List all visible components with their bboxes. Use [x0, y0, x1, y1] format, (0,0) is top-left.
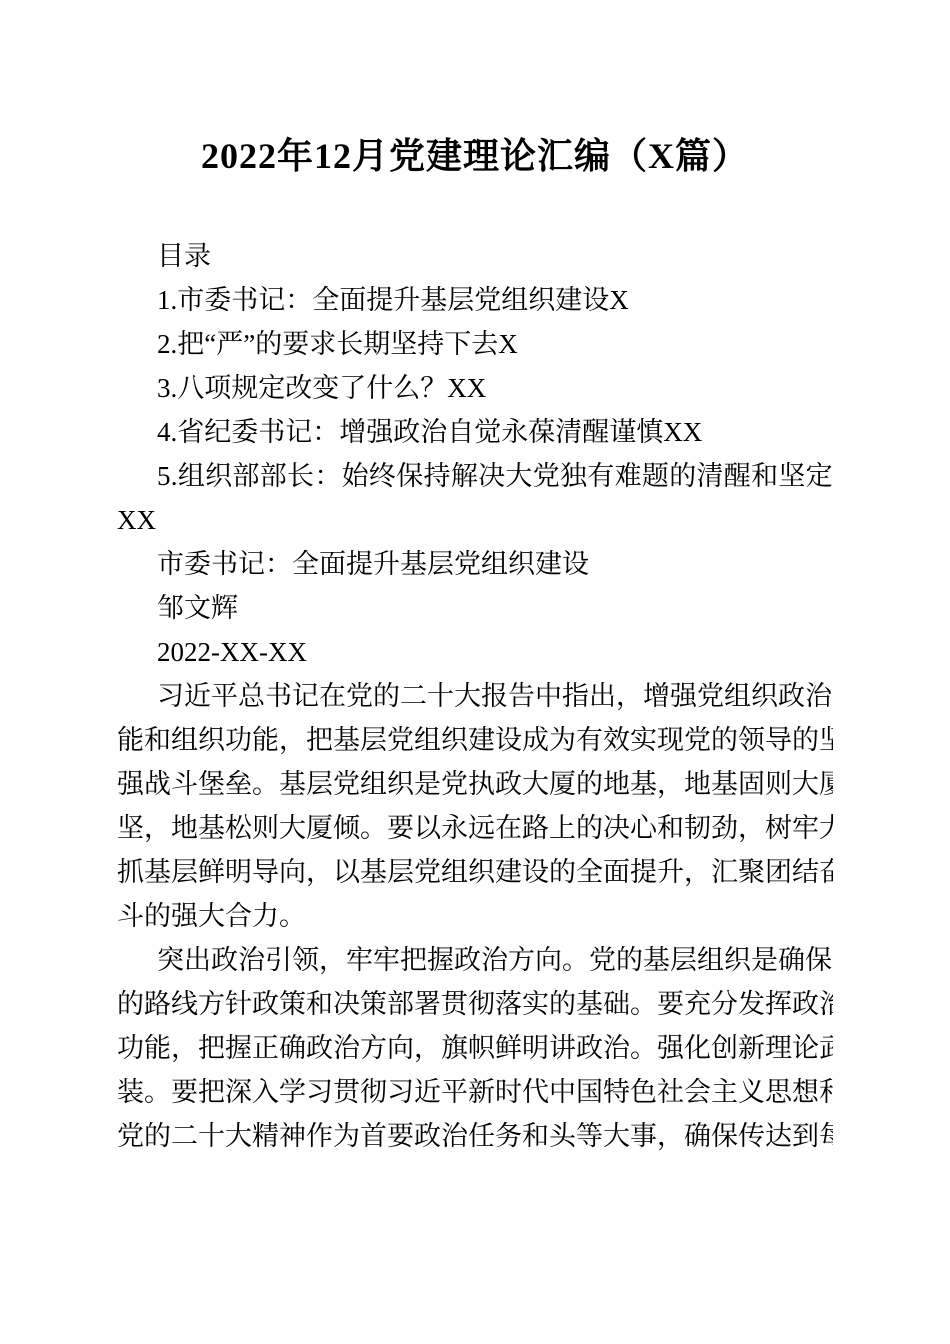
doc-char: 能	[144, 1026, 171, 1070]
doc-char: 把	[198, 1070, 225, 1114]
doc-char: 发	[738, 982, 765, 1026]
doc-char: 松	[225, 806, 252, 850]
doc-char: 十	[427, 674, 454, 718]
doc-char: 明	[225, 850, 252, 894]
doc-char: 出	[589, 674, 616, 718]
toc-heading: 目录	[117, 234, 833, 278]
doc-char: 首	[360, 1114, 387, 1158]
doc-char: 建	[468, 718, 495, 762]
doc-char: 全	[576, 850, 603, 894]
doc-char: 设	[522, 850, 549, 894]
toc-item-1: 1.市委书记：全面提升基层党组织建设X	[117, 278, 833, 322]
doc-char: 社	[657, 1070, 684, 1114]
doc-char: 报	[481, 674, 508, 718]
doc-char: 达	[765, 1114, 792, 1158]
doc-char: 组	[441, 850, 468, 894]
doc-char: 是	[751, 938, 778, 982]
doc-char: 部	[387, 982, 414, 1026]
doc-char: 书	[265, 674, 292, 718]
doc-char: 特	[603, 1070, 630, 1114]
doc-char: 政	[576, 1026, 603, 1070]
doc-char: 要	[387, 806, 414, 850]
doc-char: 习	[306, 1070, 333, 1114]
doc-char: 功	[225, 718, 252, 762]
doc-char: 中	[535, 674, 562, 718]
doc-char: 学	[279, 1070, 306, 1114]
doc-char: 解	[451, 454, 478, 498]
doc-char: 务	[495, 1114, 522, 1158]
doc-char: 挥	[765, 982, 792, 1026]
toc-item-3: 3.八项规定改变了什么？XX	[117, 366, 833, 410]
doc-char: 厦	[819, 762, 833, 806]
doc-char: 为	[333, 1114, 360, 1158]
doc-char: 永	[441, 806, 468, 850]
doc-char: 强	[117, 762, 144, 806]
doc-char: 鲜	[495, 1026, 522, 1070]
doc-char: 5	[157, 454, 171, 498]
doc-char: 正	[252, 1026, 279, 1070]
doc-char: 治	[238, 938, 265, 982]
doc-char: 线	[171, 982, 198, 1026]
doc-char: 充	[684, 982, 711, 1026]
toc-item-5: 5.组织部部长：始终保持解决大党独有难题的清醒和坚定	[117, 454, 833, 498]
doc-char: 每	[819, 1114, 833, 1158]
toc-item-2: 2.把“严”的要求长期坚持下去X	[117, 322, 833, 366]
doc-char: 国	[576, 1070, 603, 1114]
body-line: 党的二十大精神作为首要政治任务和头等大事，确保传达到每	[117, 1114, 833, 1158]
doc-char: 基	[711, 762, 738, 806]
doc-char: 时	[495, 1070, 522, 1114]
doc-char: 有	[587, 454, 614, 498]
doc-char: 大	[225, 1114, 252, 1158]
doc-char: 坚	[778, 454, 805, 498]
doc-char: 党	[346, 674, 373, 718]
doc-char: 明	[522, 1026, 549, 1070]
doc-char: 彻	[468, 982, 495, 1026]
doc-char: 垒	[225, 762, 252, 806]
doc-char: 为	[549, 718, 576, 762]
doc-char: 贯	[333, 1070, 360, 1114]
doc-char: 层	[360, 718, 387, 762]
body-line: 装。要把深入学习贯彻习近平新时代中国特色社会主义思想和	[117, 1070, 833, 1114]
doc-char: 平	[441, 1070, 468, 1114]
doc-char: 韧	[684, 806, 711, 850]
doc-char: 部	[260, 454, 287, 498]
doc-char: 地	[603, 762, 630, 806]
doc-char: 长	[287, 454, 314, 498]
doc-char: .	[171, 454, 178, 498]
doc-char: 。	[144, 1070, 171, 1114]
doc-char: 心	[630, 806, 657, 850]
doc-char: 组	[178, 454, 205, 498]
article-date: 2022-XX-XX	[117, 630, 833, 674]
doc-char: 政	[495, 762, 522, 806]
doc-char: 导	[252, 850, 279, 894]
doc-char: 记	[292, 674, 319, 718]
doc-char: 基	[576, 982, 603, 1026]
doc-char: 织	[724, 938, 751, 982]
doc-char: 的	[576, 762, 603, 806]
document-title: 2022年12月党建理论汇编（X篇）	[117, 134, 833, 178]
doc-char: 到	[792, 1114, 819, 1158]
doc-char: 大	[279, 806, 306, 850]
doc-char: 义	[738, 1070, 765, 1114]
doc-char: 能	[117, 718, 144, 762]
doc-char: 织	[198, 718, 225, 762]
doc-char: 醒	[724, 454, 751, 498]
doc-char: 设	[495, 718, 522, 762]
doc-char: 题	[642, 454, 669, 498]
doc-char: 牢	[373, 938, 400, 982]
doc-char: 署	[414, 982, 441, 1026]
doc-char: 堡	[198, 762, 225, 806]
doc-char: 向	[535, 938, 562, 982]
doc-char: ，	[414, 1026, 441, 1070]
toc-item-4: 4.省纪委书记：增强政治自觉永葆清醒谨慎XX	[117, 410, 833, 454]
doc-char: ，	[616, 674, 643, 718]
doc-char: 强	[657, 1026, 684, 1070]
doc-char: 牢	[792, 806, 819, 850]
doc-char: 突	[157, 938, 184, 982]
doc-char: 党	[441, 762, 468, 806]
doc-char: 实	[522, 982, 549, 1026]
doc-char: 创	[711, 1026, 738, 1070]
doc-char: 针	[225, 982, 252, 1026]
doc-char: 。	[562, 938, 589, 982]
doc-char: 织	[468, 850, 495, 894]
doc-char: 的	[616, 938, 643, 982]
doc-char: 政	[778, 674, 805, 718]
doc-char: 治	[333, 1026, 360, 1070]
doc-char: 固	[738, 762, 765, 806]
doc-char: ，	[657, 762, 684, 806]
doc-char: 确	[279, 1026, 306, 1070]
doc-char: 基	[643, 938, 670, 982]
doc-char: 政	[792, 982, 819, 1026]
doc-char: 的	[576, 806, 603, 850]
doc-char: 党	[832, 938, 833, 982]
doc-char: ，	[657, 1114, 684, 1158]
doc-char: 有	[576, 718, 603, 762]
doc-char: 大	[522, 762, 549, 806]
doc-char: 会	[684, 1070, 711, 1114]
doc-char: 定	[806, 454, 833, 498]
doc-char: 的	[373, 674, 400, 718]
doc-char: 团	[765, 850, 792, 894]
doc-char: 党	[333, 762, 360, 806]
doc-char: 等	[576, 1114, 603, 1158]
doc-char: 理	[765, 1026, 792, 1070]
doc-char: 升	[657, 850, 684, 894]
doc-char: 头	[549, 1114, 576, 1158]
doc-char: 。	[630, 1026, 657, 1070]
doc-char: 聚	[738, 850, 765, 894]
doc-char: 决	[603, 806, 630, 850]
doc-char: ，	[279, 718, 306, 762]
doc-char: 效	[603, 718, 630, 762]
doc-char: ，	[171, 1026, 198, 1070]
doc-char: 和	[522, 1114, 549, 1158]
doc-char: 成	[522, 718, 549, 762]
doc-char: 和	[144, 718, 171, 762]
article-heading: 市委书记：全面提升基层党组织建设	[117, 542, 833, 586]
doc-char: 增	[643, 674, 670, 718]
doc-char: 厦	[306, 806, 333, 850]
doc-char: 层	[670, 938, 697, 982]
doc-char: 清	[696, 454, 723, 498]
doc-char: 主	[711, 1070, 738, 1114]
doc-char: 面	[603, 850, 630, 894]
doc-char: 和	[751, 454, 778, 498]
doc-char: 二	[171, 1114, 198, 1158]
doc-char: 出	[184, 938, 211, 982]
doc-char: 战	[144, 762, 171, 806]
doc-char: 基	[144, 850, 171, 894]
doc-char: 层	[387, 850, 414, 894]
doc-char: 的	[669, 454, 696, 498]
doc-char: 新	[738, 1026, 765, 1070]
doc-char: 十	[198, 1114, 225, 1158]
doc-char: 要	[657, 982, 684, 1026]
doc-char: 导	[765, 718, 792, 762]
doc-char: 习	[157, 674, 184, 718]
doc-char: 在	[319, 674, 346, 718]
doc-char: 策	[279, 982, 306, 1026]
doc-char: 。	[252, 762, 279, 806]
doc-char: 思	[765, 1070, 792, 1114]
doc-char: 把	[306, 718, 333, 762]
doc-char: 二	[400, 674, 427, 718]
doc-char: 领	[292, 938, 319, 982]
doc-char: 贯	[441, 982, 468, 1026]
doc-char: 结	[792, 850, 819, 894]
doc-char: 党	[414, 850, 441, 894]
doc-char: 政	[252, 982, 279, 1026]
doc-char: 大	[819, 806, 833, 850]
doc-char: 决	[333, 982, 360, 1026]
doc-char: 的	[549, 850, 576, 894]
doc-char: 的	[549, 982, 576, 1026]
body-line: 斗的强大合力。	[117, 894, 833, 938]
doc-char: 党	[533, 454, 560, 498]
doc-char: 织	[387, 762, 414, 806]
doc-char: 树	[765, 806, 792, 850]
doc-char: 的	[792, 718, 819, 762]
doc-char: 大	[603, 1114, 630, 1158]
doc-char: 基	[333, 718, 360, 762]
doc-char: 实	[630, 718, 657, 762]
page-content: 2022年12月党建理论汇编（X篇） 目录1.市委书记：全面提升基层党组织建设X…	[0, 0, 950, 1158]
doc-char: 功	[832, 674, 833, 718]
doc-char: 基	[360, 850, 387, 894]
doc-char: 传	[738, 1114, 765, 1158]
doc-char: 奋	[819, 850, 833, 894]
doc-char: 的	[117, 982, 144, 1026]
doc-char: 组	[414, 718, 441, 762]
doc-char: 要	[171, 1070, 198, 1114]
doc-char: 大	[792, 762, 819, 806]
doc-char: 和	[819, 1070, 833, 1114]
doc-char: ：	[314, 454, 341, 498]
doc-char: 功	[117, 1026, 144, 1070]
doc-char: 地	[684, 762, 711, 806]
doc-char: 精	[252, 1114, 279, 1158]
body-line: 坚，地基松则大厦倾。要以永远在路上的决心和韧劲，树牢大	[117, 806, 833, 850]
doc-char: 织	[205, 454, 232, 498]
doc-char: 坚	[819, 718, 833, 762]
doc-char: 难	[615, 454, 642, 498]
doc-char: 方	[198, 982, 225, 1026]
doc-char: 组	[360, 762, 387, 806]
body-line: 功能，把握正确政治方向，旗帜鲜明讲政治。强化创新理论武	[117, 1026, 833, 1070]
doc-char: 把	[400, 938, 427, 982]
doc-char: 则	[252, 806, 279, 850]
doc-char: 以	[333, 850, 360, 894]
doc-char: 层	[306, 762, 333, 806]
doc-char: 坚	[117, 806, 144, 850]
doc-char: 武	[819, 1026, 833, 1070]
doc-char: 装	[117, 1070, 144, 1114]
doc-char: 大	[454, 674, 481, 718]
doc-char: 总	[238, 674, 265, 718]
doc-char: 则	[765, 762, 792, 806]
doc-char: 党	[697, 674, 724, 718]
doc-char: 要	[387, 1114, 414, 1158]
body-line: 的路线方针政策和决策部署贯彻落实的基础。要充分发挥政治	[117, 982, 833, 1026]
doc-char: 基	[279, 762, 306, 806]
doc-char: 党	[387, 718, 414, 762]
doc-char: 决	[478, 454, 505, 498]
doc-char: 握	[225, 1026, 252, 1070]
doc-char: ，	[319, 938, 346, 982]
doc-char: ，	[738, 806, 765, 850]
doc-char: 的	[144, 1114, 171, 1158]
toc-item-5-continuation: XX	[117, 498, 833, 542]
doc-char: 党	[684, 718, 711, 762]
doc-char: 是	[414, 762, 441, 806]
doc-char: 和	[657, 806, 684, 850]
doc-char: 政	[414, 1114, 441, 1158]
doc-char: 部	[232, 454, 259, 498]
doc-char: 新	[468, 1070, 495, 1114]
doc-char: 色	[630, 1070, 657, 1114]
doc-char: 彻	[360, 1070, 387, 1114]
doc-char: 告	[508, 674, 535, 718]
doc-char: 入	[252, 1070, 279, 1114]
doc-char: 深	[225, 1070, 252, 1114]
doc-char: 织	[751, 674, 778, 718]
doc-char: 指	[562, 674, 589, 718]
doc-char: 路	[522, 806, 549, 850]
doc-char: 织	[441, 718, 468, 762]
doc-char: 保	[396, 454, 423, 498]
doc-char: 落	[495, 982, 522, 1026]
doc-char: 作	[306, 1114, 333, 1158]
doc-char: 中	[549, 1070, 576, 1114]
doc-char: 大	[505, 454, 532, 498]
document-body: 目录1.市委书记：全面提升基层党组织建设X2.把“严”的要求长期坚持下去X3.八…	[117, 234, 833, 1158]
doc-char: 在	[495, 806, 522, 850]
body-line: 能和组织功能，把基层党组织建设成为有效实现党的领导的坚	[117, 718, 833, 762]
doc-char: 治	[805, 674, 832, 718]
doc-char: 政	[211, 938, 238, 982]
doc-char: 远	[468, 806, 495, 850]
doc-char: 政	[454, 938, 481, 982]
doc-char: 斗	[171, 762, 198, 806]
doc-char: 劲	[711, 806, 738, 850]
doc-char: ，	[684, 850, 711, 894]
body-line: 强战斗堡垒。基层党组织是党执政大厦的地基，地基固则大厦	[117, 762, 833, 806]
doc-char: 建	[495, 850, 522, 894]
doc-char: 平	[211, 674, 238, 718]
doc-char: 近	[414, 1070, 441, 1114]
doc-char: 提	[630, 850, 657, 894]
doc-char: 治	[603, 1026, 630, 1070]
body-line: 突出政治引领，牢牢把握政治方向。党的基层组织是确保党	[117, 938, 833, 982]
doc-char: 向	[279, 850, 306, 894]
doc-char: ，	[144, 806, 171, 850]
doc-char: 终	[369, 454, 396, 498]
doc-char: 。	[630, 982, 657, 1026]
doc-char: 政	[306, 1026, 333, 1070]
doc-char: 保	[805, 938, 832, 982]
doc-char: 习	[387, 1070, 414, 1114]
doc-char: 党	[117, 1114, 144, 1158]
doc-char: 持	[424, 454, 451, 498]
doc-char: 想	[792, 1070, 819, 1114]
doc-char: 现	[657, 718, 684, 762]
doc-char: 基	[630, 762, 657, 806]
doc-char: 神	[279, 1114, 306, 1158]
doc-char: 组	[697, 938, 724, 982]
document-page: 2022年12月党建理论汇编（X篇） 目录1.市委书记：全面提升基层党组织建设X…	[0, 0, 950, 1344]
doc-char: 路	[144, 982, 171, 1026]
doc-char: ，	[306, 850, 333, 894]
doc-char: 层	[171, 850, 198, 894]
doc-char: 分	[711, 982, 738, 1026]
doc-char: 引	[265, 938, 292, 982]
doc-char: 策	[360, 982, 387, 1026]
doc-char: 组	[171, 718, 198, 762]
doc-char: 独	[560, 454, 587, 498]
doc-char: 党	[589, 938, 616, 982]
doc-char: 的	[711, 718, 738, 762]
doc-char: 握	[427, 938, 454, 982]
doc-char: 组	[724, 674, 751, 718]
doc-char: 以	[414, 806, 441, 850]
doc-char: 强	[670, 674, 697, 718]
article-author: 邹文辉	[117, 586, 833, 630]
doc-char: 代	[522, 1070, 549, 1114]
doc-char: 牢	[346, 938, 373, 982]
doc-char: 治	[441, 1114, 468, 1158]
doc-char: 方	[508, 938, 535, 982]
doc-char: 础	[603, 982, 630, 1026]
doc-char: 汇	[711, 850, 738, 894]
doc-char: 倾	[333, 806, 360, 850]
doc-char: 抓	[117, 850, 144, 894]
doc-char: 论	[792, 1026, 819, 1070]
doc-char: 。	[360, 806, 387, 850]
doc-char: 确	[684, 1114, 711, 1158]
doc-char: 能	[252, 718, 279, 762]
doc-char: 方	[360, 1026, 387, 1070]
doc-char: 和	[306, 982, 333, 1026]
doc-char: 旗	[441, 1026, 468, 1070]
doc-char: 厦	[549, 762, 576, 806]
doc-char: 讲	[549, 1026, 576, 1070]
doc-char: 保	[711, 1114, 738, 1158]
